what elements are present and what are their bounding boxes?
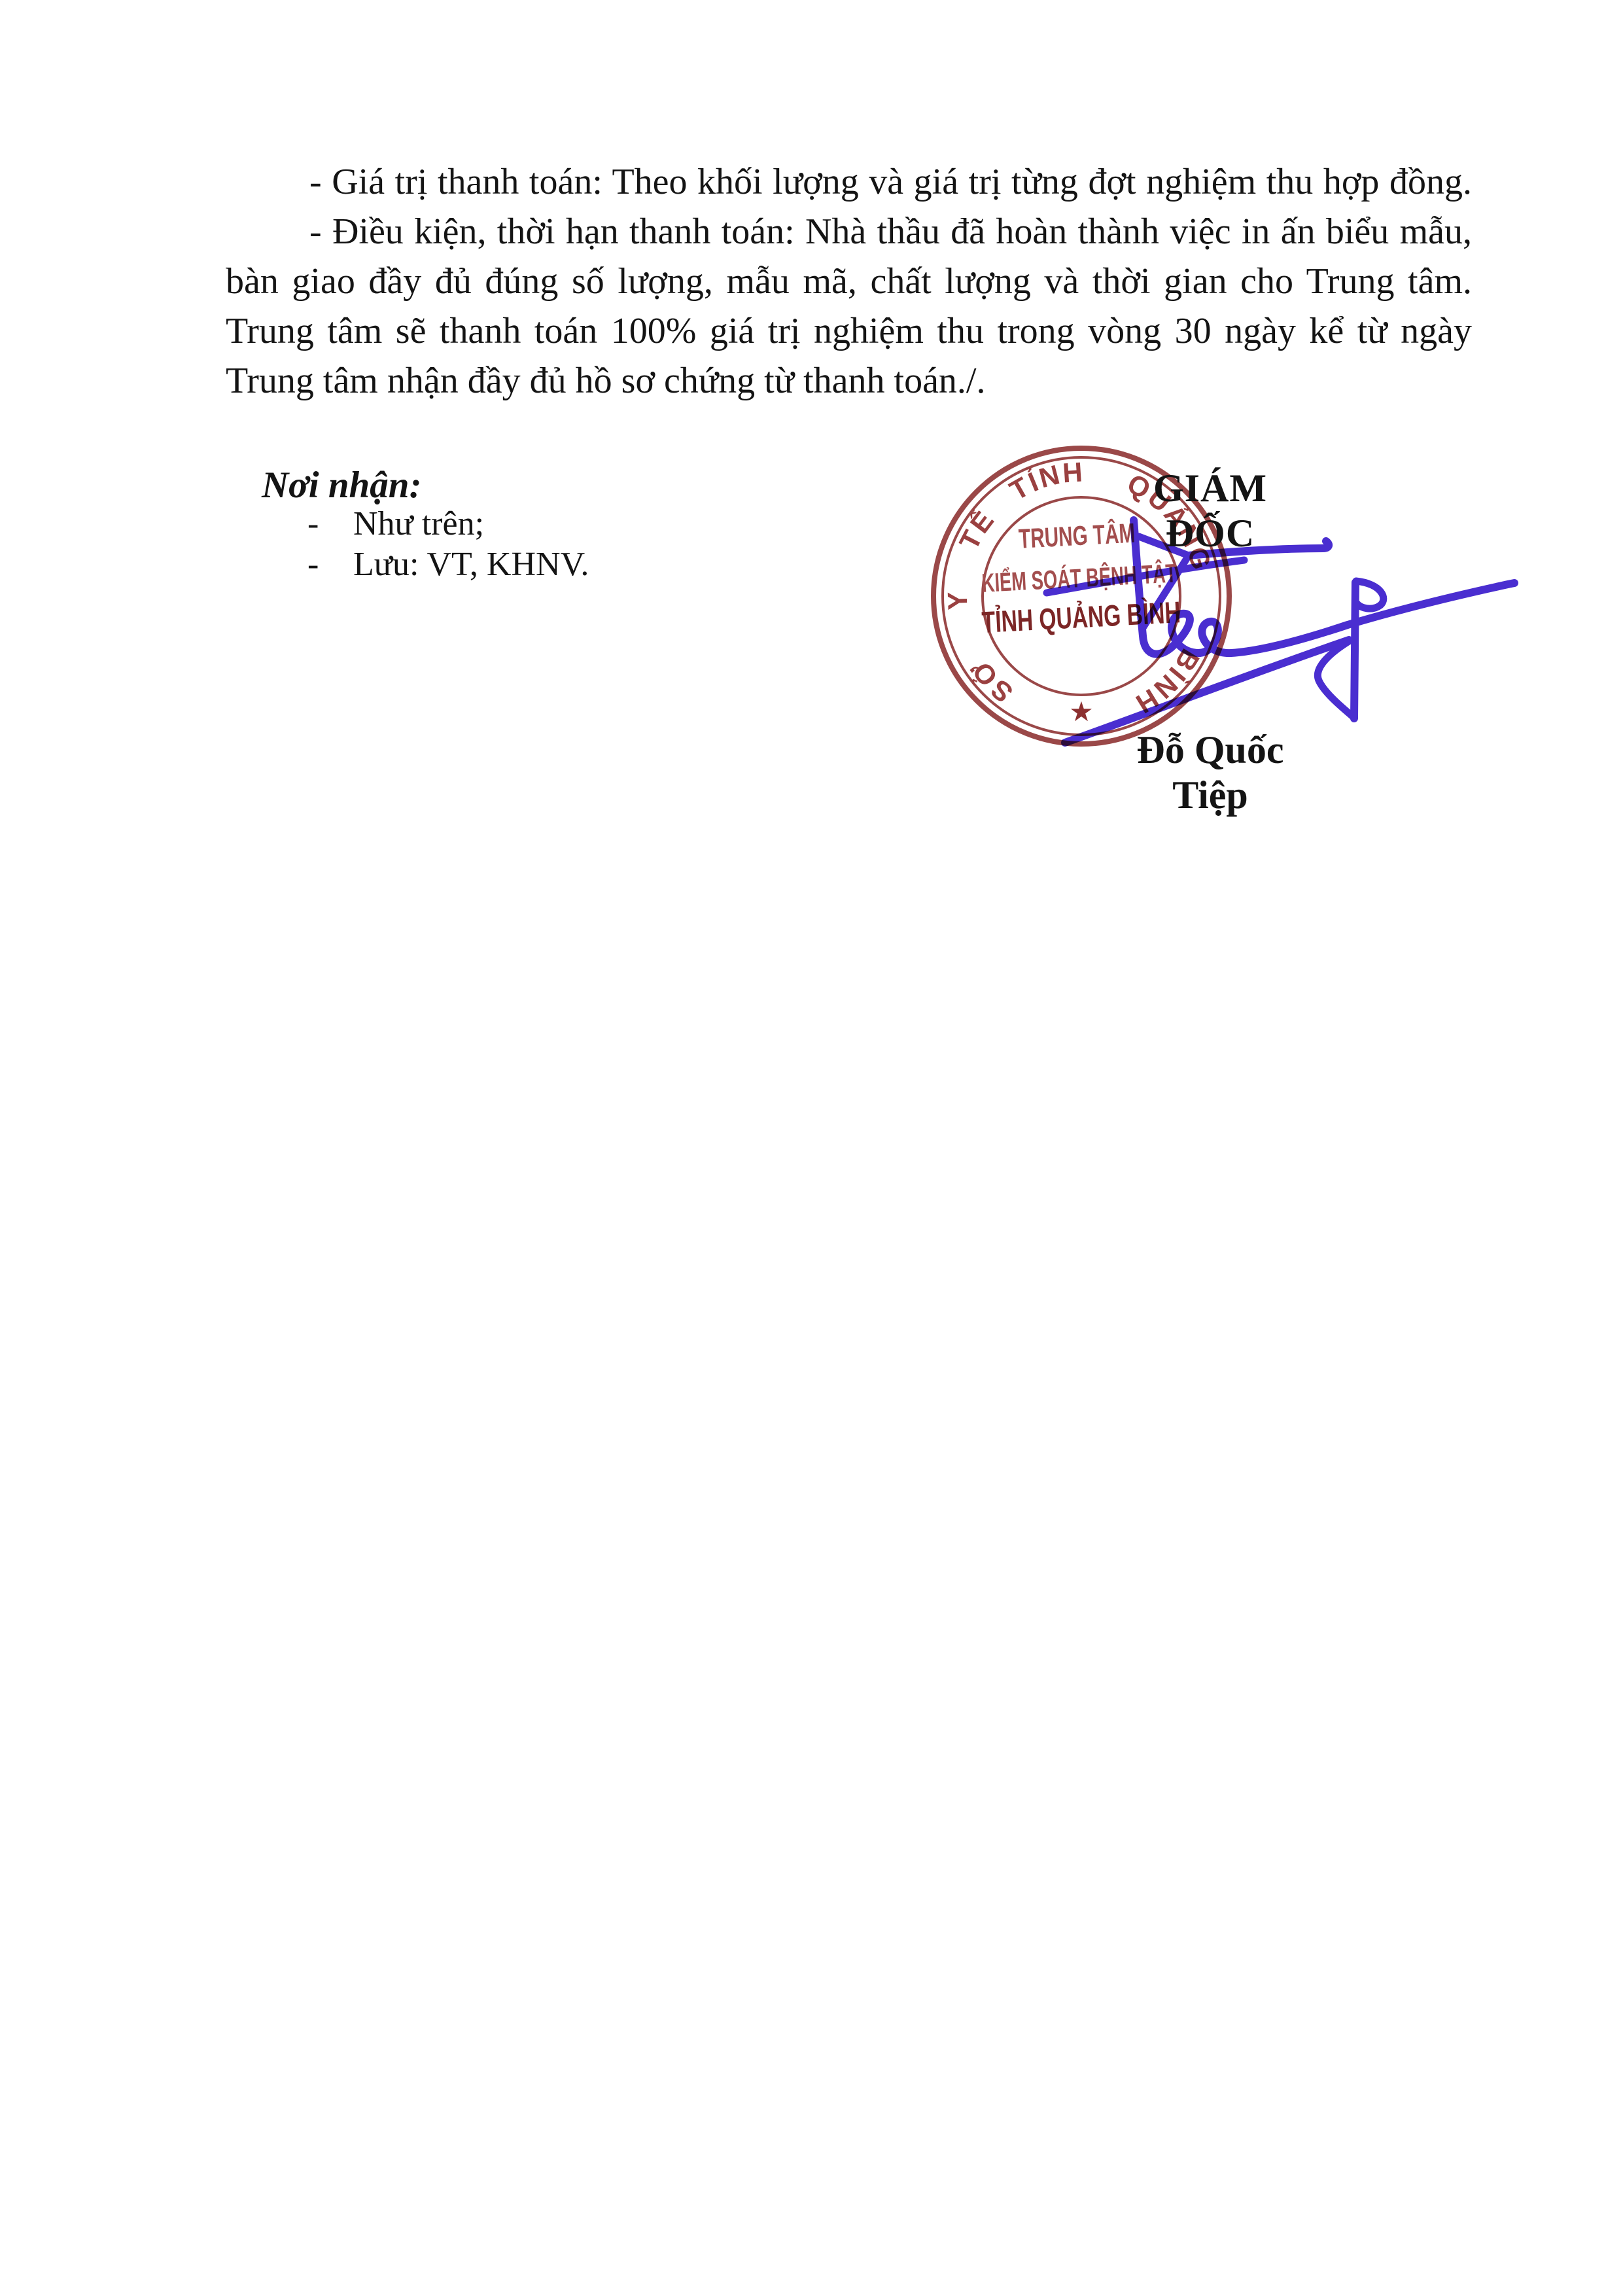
recipient-label: Như trên; [353,505,484,542]
stamp-arc-word: SỞ [964,653,1019,709]
stamp-arc-word: Y [942,590,973,610]
recipients-heading: Nơi nhận: [262,465,421,506]
signer-name: Đỗ Quốc Tiệp [1096,728,1325,818]
recipient-label: Lưu: VT, KHNV. [353,546,589,583]
recipient-item: -Lưu: VT, KHNV. [307,546,589,584]
recipient-item: -Như trên; [307,505,484,543]
signature-descender-stem-stroke [1354,582,1355,718]
signer-title: GIÁM ĐỐC [1112,466,1308,556]
recipient-bullet: - [307,546,353,584]
signature-mid-stroke [1047,560,1244,593]
body-line: Trung tâm sẽ thanh toán 100% giá trị ngh… [226,306,1472,356]
signature-descender-flag-stroke [1356,581,1384,609]
body-line: - Điều kiện, thời hạn thanh toán: Nhà th… [226,207,1472,256]
body-line: bàn giao đầy đủ đúng số lượng, mẫu mã, c… [226,256,1472,306]
recipient-bullet: - [307,505,353,543]
body-text: - Giá trị thanh toán: Theo khối lượng và… [226,157,1472,406]
scanned-letter-page: - Giá trị thanh toán: Theo khối lượng và… [0,0,1623,2296]
body-line: Trung tâm nhận đầy đủ hồ sơ chứng từ tha… [226,356,1472,406]
body-line: - Giá trị thanh toán: Theo khối lượng và… [226,157,1472,207]
svg-text:Y: Y [942,590,973,610]
svg-text:SỞ: SỞ [964,653,1019,709]
